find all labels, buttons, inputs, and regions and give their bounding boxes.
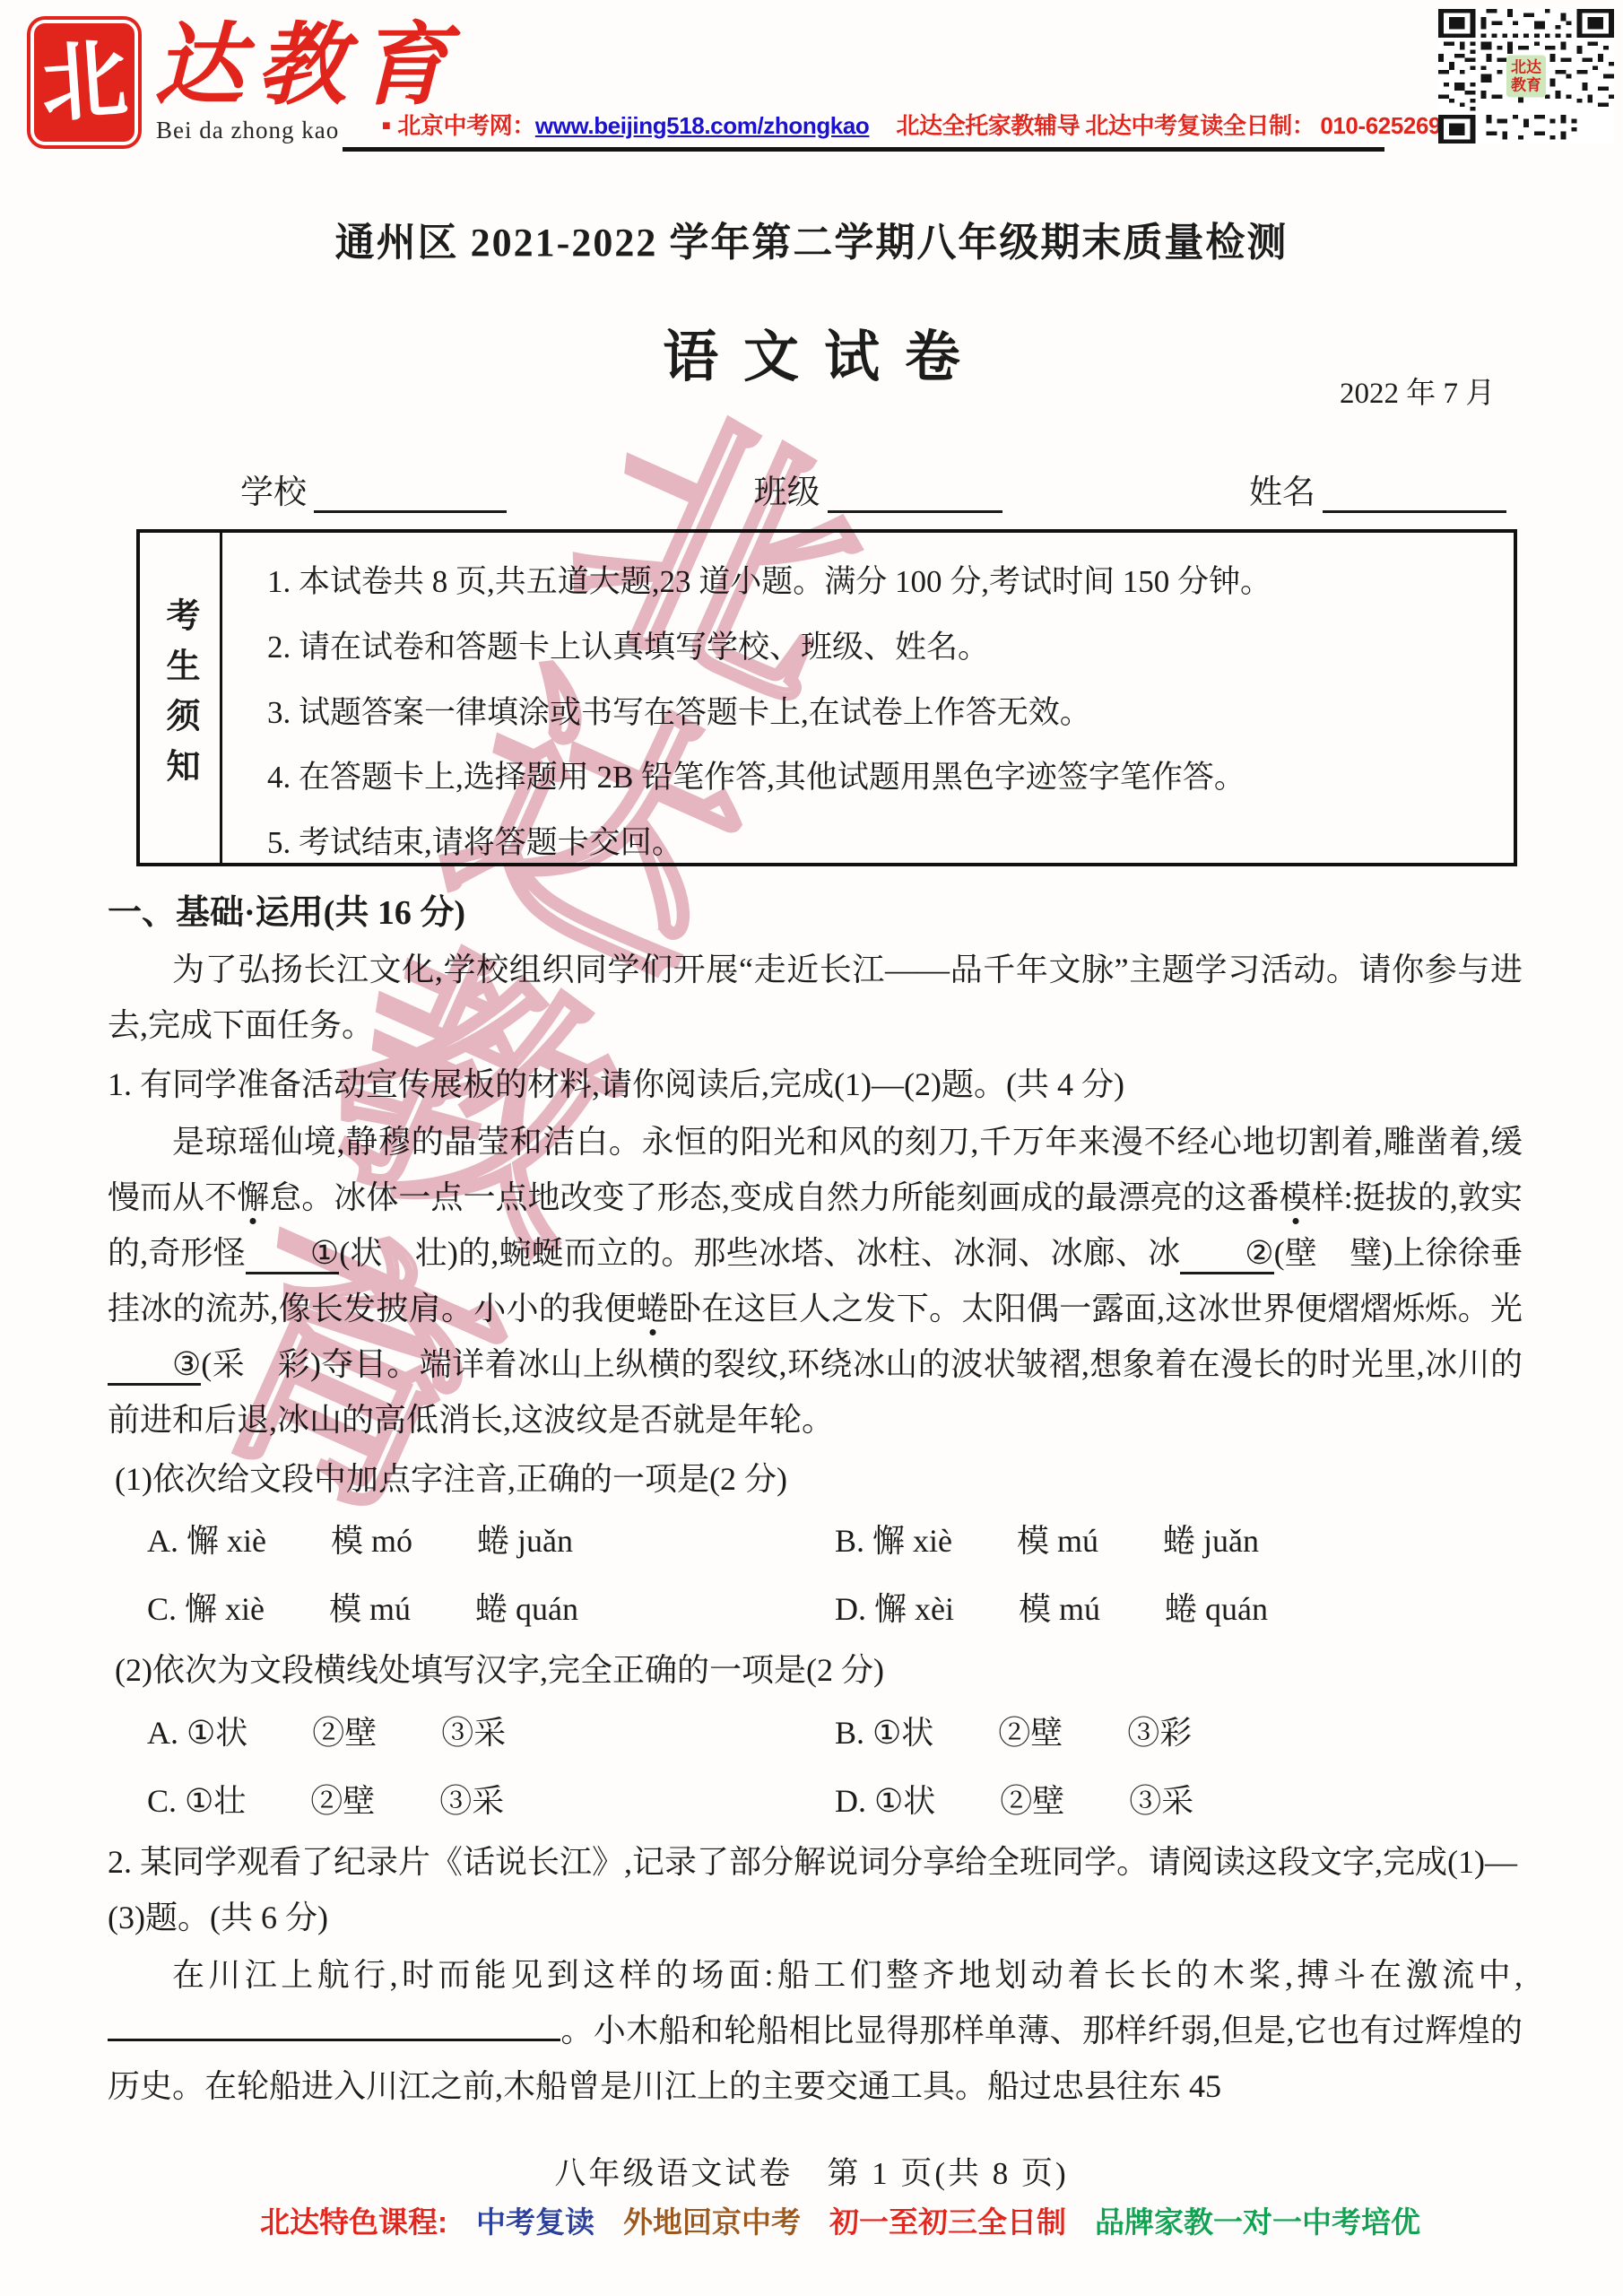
- exam-body: 一、基础·运用(共 16 分) 为了弘扬长江文化,学校组织同学们开展“走近长江—…: [108, 884, 1523, 2114]
- question1-stem: 1. 有同学准备活动宣传展板的材料,请你阅读后,完成(1)—(2)题。(共 4 …: [108, 1057, 1523, 1113]
- dotted-char: 模: [1280, 1179, 1312, 1215]
- question1-2-options: A. ①状 ②壁 ③采 B. ①状 ②壁 ③彩 C. ①壮 ②壁 ③采 D. ①…: [108, 1706, 1523, 1830]
- question1-2-stem: (2)依次为文段横线处填写汉字,完全正确的一项是(2 分): [115, 1643, 1523, 1699]
- school-blank: [314, 476, 507, 513]
- question2-stem: 2. 某同学观看了纪录片《话说长江》,记录了部分解说词分享给全班同学。请阅读这段…: [108, 1835, 1523, 1946]
- dotted-char: 蜷: [637, 1291, 669, 1326]
- candidate-notice-box: 考生须知 1. 本试卷共 8 页,共五道大题,23 道小题。满分 100 分,考…: [136, 529, 1517, 866]
- section1-intro: 为了弘扬长江文化,学校组织同学们开展“走近长江——品千年文脉”主题学习活动。请你…: [108, 943, 1523, 1054]
- header-divider: [343, 147, 1384, 152]
- passage-text: 卧在这巨人之发下。太阳偶一露面,这冰世界便熠熠烁烁。光: [669, 1291, 1523, 1326]
- class-blank: [828, 476, 1002, 513]
- option-d: D. ①状 ②壁 ③采: [835, 1774, 1523, 1830]
- school-label: 学校: [240, 465, 307, 513]
- passage-text: 怠。冰体一点一点地改变了形态,变成自然力所能刻画成的最漂亮的这番: [269, 1179, 1279, 1215]
- name-blank: [1323, 476, 1506, 513]
- name-label: 姓名: [1249, 465, 1315, 513]
- school-field: 学校: [240, 465, 507, 513]
- class-label: 班级: [754, 465, 820, 513]
- exam-date: 2022 年 7 月: [1340, 370, 1495, 412]
- option-a: A. ①状 ②壁 ③采: [147, 1706, 835, 1761]
- notice-item: 2. 请在试卷和答题卡上认真填写学校、班级、姓名。: [267, 625, 1490, 671]
- fill-blank-3: ③: [108, 1346, 201, 1386]
- site-link[interactable]: www.beijing518.com/zhongkao: [535, 112, 870, 139]
- dotted-char: 懈: [237, 1179, 269, 1215]
- passage-text: (状 壮)的,蜿蜒而立的。那些冰塔、冰柱、冰洞、冰廊、冰: [339, 1235, 1180, 1271]
- long-fill-blank: [108, 2012, 560, 2040]
- passage-text: (采 彩)夺目。端详着冰山上纵横的裂纹,环绕冰山的波状皱褶,想象着在漫长的时光里…: [108, 1346, 1523, 1438]
- class-field: 班级: [754, 465, 1002, 513]
- notice-item: 5. 考试结束,请将答题卡交回。: [267, 821, 1490, 866]
- notice-items: 1. 本试卷共 8 页,共五道大题,23 道小题。满分 100 分,考试时间 1…: [222, 533, 1514, 863]
- brand-name-script: 达教育: [154, 14, 461, 117]
- notice-side-label: 考生须知: [155, 597, 204, 798]
- fill-blank-2: ②: [1180, 1235, 1273, 1274]
- notice-item: 1. 本试卷共 8 页,共五道大题,23 道小题。满分 100 分,考试时间 1…: [267, 560, 1490, 605]
- option-a: A. 懈 xiè 模 mó 蜷 juǎn: [147, 1514, 835, 1570]
- exam-paper-page: 北达教育 北 达教育 Bei da zhong kao ■北京中考网：www.b…: [0, 0, 1623, 2296]
- notice-item: 3. 试题答案一律填涂或书写在答题卡上,在试卷上作答无效。: [267, 691, 1490, 736]
- notice-side-column: 考生须知: [140, 533, 222, 863]
- red-square-bullet: ■: [382, 118, 390, 134]
- promo-item: 中考复读: [476, 2205, 595, 2239]
- question1-1-options: A. 懈 xiè 模 mó 蜷 juǎn B. 懈 xiè 模 mú 蜷 juǎ…: [108, 1514, 1523, 1638]
- question1-passage: 是琼瑶仙境,静穆的晶莹和洁白。永恒的阳光和风的刻刀,千万年来漫不经心地切割着,雕…: [108, 1115, 1523, 1448]
- promo-item: 外地回京中考: [623, 2205, 801, 2239]
- seal-character: 北: [39, 37, 130, 128]
- promo-item: 品牌家教一对一中考培优: [1095, 2205, 1420, 2239]
- section1-heading: 一、基础·运用(共 16 分): [108, 884, 1523, 943]
- page-number-line: 八年级语文试卷 第 1 页(共 8 页): [0, 2149, 1623, 2194]
- site-label: 北京中考网：: [397, 113, 535, 139]
- student-info-row: 学校 班级 姓名: [240, 465, 1506, 513]
- option-b: B. ①状 ②壁 ③彩: [835, 1706, 1523, 1761]
- brand-subtitle: Bei da zhong kao: [156, 117, 339, 144]
- fill-blank-1: ①: [246, 1235, 339, 1274]
- exam-title: 通州区 2021-2022 学年第二学期八年级期末质量检测: [0, 210, 1623, 267]
- name-field: 姓名: [1249, 465, 1506, 513]
- notice-item: 4. 在答题卡上,选择题用 2B 铅笔作答,其他试题用黑色字迹签字笔作答。: [267, 755, 1490, 801]
- promo-footer: 北达特色课程:中考复读外地回京中考初一至初三全日制品牌家教一对一中考培优: [260, 2199, 1449, 2241]
- option-c: C. 懈 xiè 模 mú 蜷 quán: [147, 1582, 835, 1638]
- passage-text: 在川江上航行,时而能见到这样的场面:船工们整齐地划动着长长的木桨,搏斗在激流中,: [172, 1957, 1523, 1993]
- option-c: C. ①壮 ②壁 ③采: [147, 1774, 835, 1830]
- qr-code: 北达 教育: [1438, 9, 1614, 143]
- brand-seal-logo: 北: [34, 23, 135, 142]
- header-contact-line: ■北京中考网：www.beijing518.com/zhongkao北达全托家教…: [382, 108, 1466, 141]
- option-b: B. 懈 xiè 模 mú 蜷 juǎn: [835, 1514, 1523, 1570]
- option-d: D. 懈 xèi 模 mú 蜷 quán: [835, 1582, 1523, 1638]
- promo-item: 初一至初三全日制: [829, 2205, 1066, 2239]
- promo-label: 北达特色课程:: [260, 2205, 447, 2239]
- services-text: 北达全托家教辅导 北达中考复读全日制：: [896, 113, 1315, 139]
- qr-center-label: 北达 教育: [1506, 55, 1546, 97]
- question2-passage: 在川江上航行,时而能见到这样的场面:船工们整齐地划动着长长的木桨,搏斗在激流中,…: [108, 1948, 1523, 2115]
- question1-1-stem: (1)依次给文段中加点字注音,正确的一项是(2 分): [115, 1452, 1523, 1508]
